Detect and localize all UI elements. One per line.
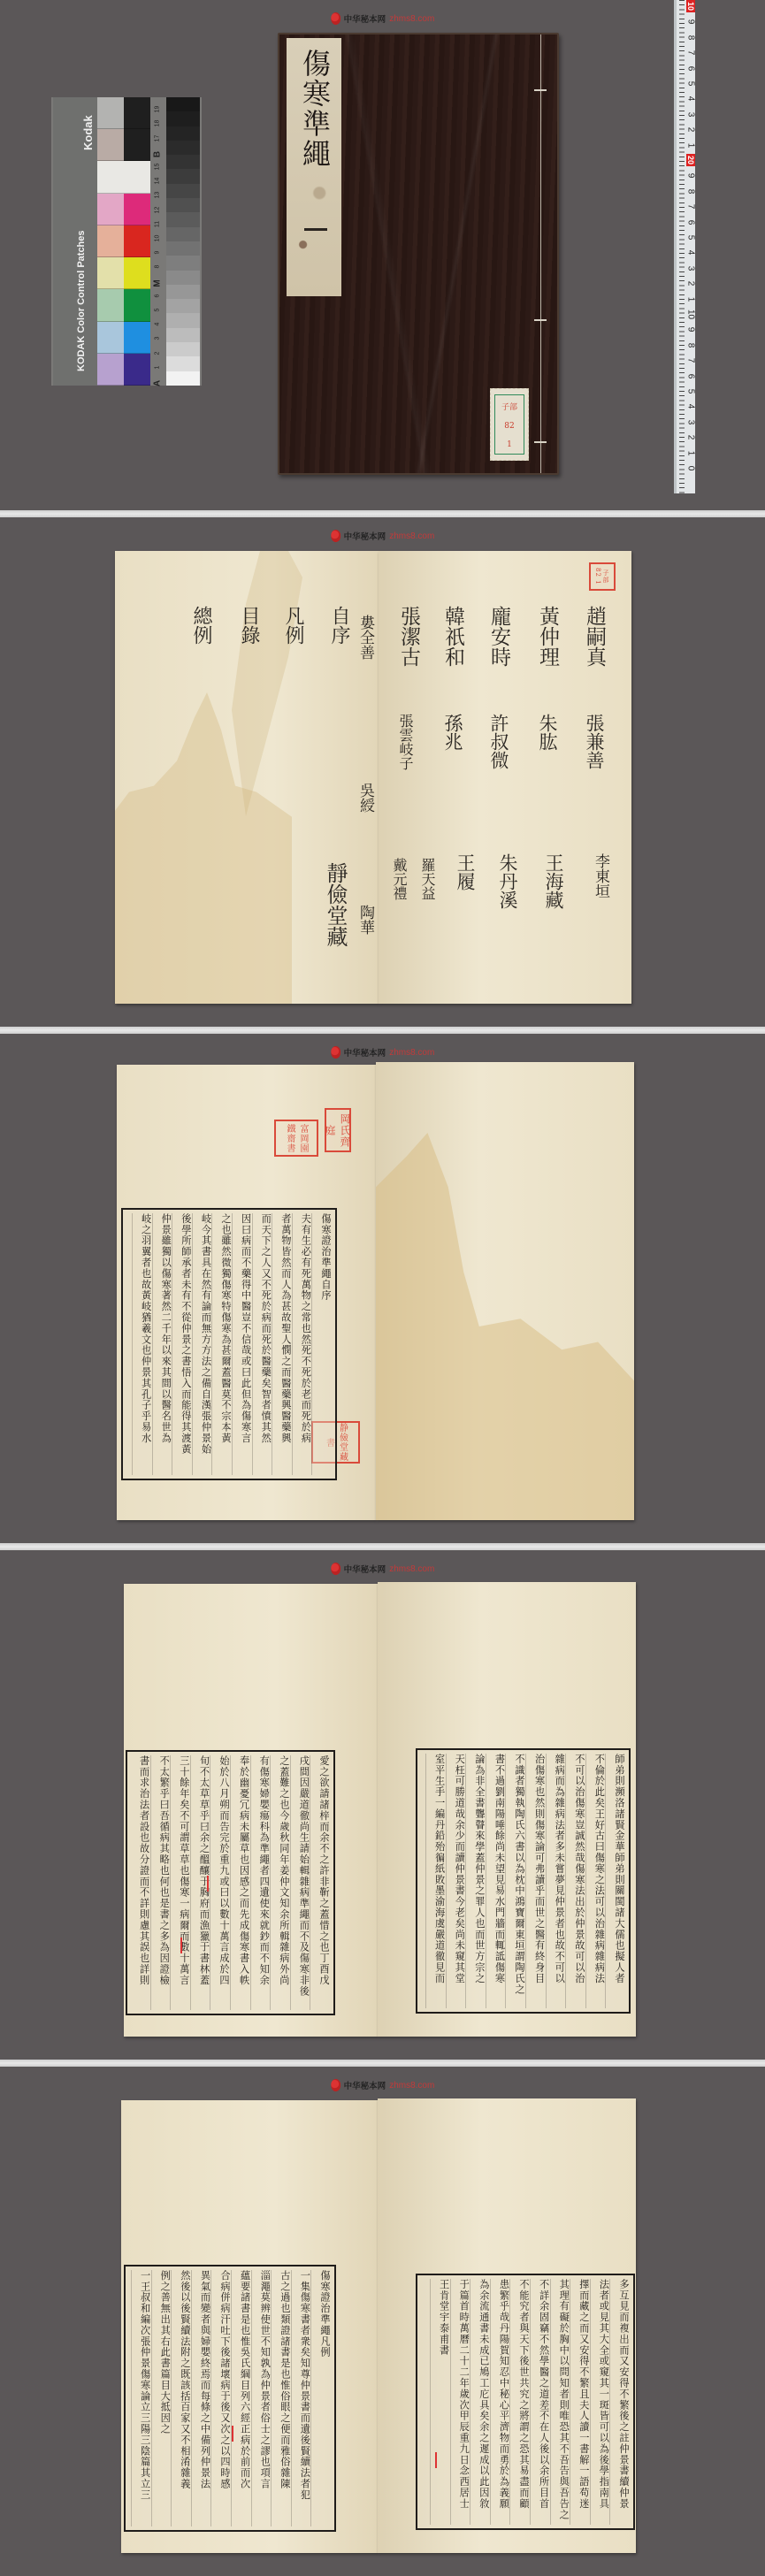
preface-text: 愛之欲請諸梓而余不之許非靳之蓋惜之也丁酉戊戌間因嚴道徹尚生請始輯雜病準繩而不及傷…: [131, 1755, 330, 2010]
water-stain: [376, 1133, 634, 1520]
text-column: 不可以治傷寒豈誠然哉傷寒法出於仲景故可以治: [565, 1754, 585, 2008]
text-column: 淄澠莫辨使世不知孰為仲景者俗士之謬也項言: [251, 2270, 272, 2526]
ruler-number: 2: [686, 278, 696, 290]
ruler-number: 2: [686, 432, 696, 444]
gray-step: [166, 356, 200, 371]
text-column: 治傷寒也然則傷寒論可弗讀乎而世之醫有終身目: [525, 1754, 546, 2008]
color-patch: [124, 97, 150, 129]
gray-step: [166, 241, 200, 256]
watermark: 中华秘本网 zhms8.com: [331, 530, 435, 542]
text-column: 三十餘年矣不可謂草草也傷寒一病爾而數十萬言: [170, 1755, 190, 2010]
gray-step: [166, 313, 200, 327]
panel-preface-continued: 中华秘本网 zhms8.com 愛之欲請諸梓而余不之許非靳之蓋惜之也丁酉戊戌間因…: [0, 1550, 765, 2060]
printed-text-block-left: 愛之欲請諸梓而余不之許非靳之蓋惜之也丁酉戊戌間因嚴道徹尚生請始輯雜病準繩而不及傷…: [126, 1750, 335, 2015]
kodak-scale-mark: 4: [155, 318, 161, 331]
ruler-number: 0: [686, 462, 696, 475]
color-patch: [124, 129, 150, 161]
ruler-number: 9: [686, 16, 696, 28]
ruler-number: 3: [686, 416, 696, 428]
flyleaf-column: 靜儉堂藏: [322, 862, 348, 947]
text-column: 為余流通書未成已鳩工庀具矣余之遲成以此因敘: [470, 2279, 490, 2525]
kodak-scale-mark: 1: [155, 361, 161, 373]
ruler-number: 6: [686, 216, 696, 228]
text-column: 其理有礙於胸中以問知者則唯恐其不吾告與吾告之: [550, 2279, 570, 2525]
kodak-scale-mark: M: [153, 277, 163, 289]
text-column: 夫有生必有死萬物之常也然死不死於老而死於病: [292, 1213, 312, 1475]
ruler-number: 8: [686, 31, 696, 43]
ruler-number: 1: [686, 139, 696, 151]
ruler-number: 3: [686, 108, 696, 120]
text-column: 之也雖然微獨傷寒特傷寒為甚爾蓋醫莫不宗本黃: [211, 1213, 232, 1475]
ruler-number: 10: [686, 0, 695, 12]
gray-step: [166, 299, 200, 313]
ruler-number: 6: [686, 370, 696, 382]
text-column: 書不過劉南陽唾餘尚未望見易水門牆而輒詆傷寒: [486, 1754, 506, 2008]
text-column: 古之過也類證諸書是也惟俗眼之便而雅俗雜陳: [271, 2270, 291, 2526]
text-column: 多互見而複出而又安得不繁後之註仲景書續仲景: [609, 2279, 630, 2525]
watermark-site-name: 中华秘本网: [344, 12, 386, 25]
author-name: 許叔微: [486, 714, 510, 769]
text-column: 天枉可勝道哉余少而讀仲景書今老矣尚未窺其堂: [446, 1754, 466, 2008]
gray-step: [166, 111, 200, 126]
ruler-number: 8: [686, 185, 696, 197]
text-column: 書而求治法者設也故分證而不詳則慮其誤也詳則: [131, 1755, 150, 2010]
text-column: 論為非全書聾瞽來學蓋仲景之罪人也而世方宗之: [465, 1754, 486, 2008]
text-column: 有傷寒婦嬰瘍科為準繩者四遺使來就鈔而不知余: [250, 1755, 271, 2010]
text-column: 岐之羽翼者也故黃岐猶羲文也仲景其孔子乎易水: [132, 1213, 152, 1475]
ruler-number: 1: [686, 447, 696, 459]
red-annotation-mark: [207, 1876, 209, 1892]
author-name: 張潔古: [396, 606, 421, 667]
kodak-scale-mark: 8: [155, 261, 161, 273]
color-patch: [124, 161, 150, 193]
author-name: 趙嗣真: [582, 606, 607, 667]
ruler-number: 5: [686, 386, 696, 398]
fanli-text: 傷寒證治準繩凡例一集傷寒書者衆矣知尊仲景書而遺後賢續法者犯古之過也類證諸書是也惟…: [129, 2270, 331, 2526]
ruler-number: 7: [686, 201, 696, 213]
ruler-ticks: [679, 0, 685, 493]
text-column: 王肯堂宇泰甫書: [430, 2279, 450, 2525]
gray-step: [166, 126, 200, 141]
watermark: 中华秘本网 zhms8.com: [331, 2079, 435, 2091]
ruler-number: 9: [686, 324, 696, 336]
color-patch: [97, 354, 124, 386]
author-name: 韓祇和: [440, 606, 465, 667]
watermark: 中华秘本网 zhms8.com: [331, 1046, 435, 1059]
gray-step: [166, 155, 200, 169]
volume-mark: [304, 228, 327, 231]
panel-separator: [0, 510, 765, 517]
gray-scale-strip: [166, 97, 200, 386]
preface-text: 師弟則瀕洛諸賢金華師弟則關閩諸大儒也擬人者不倫於此矣王好古曰傷寒之法可以治雜病雜…: [421, 1754, 625, 2008]
author-name: 羅天益: [417, 858, 437, 900]
printed-text-block-right: 師弟則瀕洛諸賢金華師弟則關閩諸大儒也擬人者不倫於此矣王好古曰傷寒之法可以治雜病雜…: [416, 1748, 631, 2014]
preface-end-text: 多互見而複出而又安得不繁後之註仲景書續仲景法者或見其大全或窺其一斑皆可以為後學指…: [421, 2279, 630, 2525]
catalog-label-line: 子部: [501, 401, 517, 412]
collector-seal: 岡氏齊庭: [325, 1108, 351, 1152]
author-name: 張兼善: [582, 714, 606, 769]
watermark-site-url: zhms8.com: [389, 531, 434, 541]
gray-step: [166, 169, 200, 183]
text-column: 奉於幽憂冗病未屬草也因感之而先成傷寒書入帙: [230, 1755, 250, 2010]
red-yin-yang-logo-icon: [331, 2079, 340, 2091]
binding-stitch: [534, 319, 547, 321]
panel-separator: [0, 1027, 765, 1034]
text-column: 師弟則瀕洛諸賢金華師弟則關閩諸大儒也擬人者: [605, 1754, 625, 2008]
kodak-scale-mark: B: [153, 148, 163, 160]
text-column: 不倫於此矣王好古曰傷寒之法可以治雜病雜病法: [585, 1754, 606, 2008]
binding-thread: [540, 34, 541, 473]
author-name: 王履: [453, 853, 477, 891]
ruler-number: 3: [686, 262, 696, 274]
watermark-site-url: zhms8.com: [389, 1048, 434, 1058]
ruler-number: 5: [686, 232, 696, 244]
text-column: 傷寒證治準繩自序: [311, 1213, 332, 1475]
author-name: 黃仲理: [535, 606, 560, 667]
watermark: 中华秘本网 zhms8.com: [331, 1563, 435, 1575]
author-name: 孫兆: [440, 714, 464, 751]
author-name: 戴元禮: [389, 858, 409, 900]
kodak-scale-mark: A: [153, 378, 163, 390]
red-yin-yang-logo-icon: [331, 1046, 340, 1059]
gray-step: [166, 184, 200, 198]
text-column: 始於八月朔而告完於重九或曰以數十萬言成於四: [210, 1755, 230, 2010]
kodak-scale-mark: 11: [155, 218, 161, 230]
preface-text: 傷寒證治準繩自序夫有生必有死萬物之常也然死不死於老而死於病者萬物皆然而人為甚故聖…: [126, 1213, 332, 1475]
panel-preface-first-page: 中华秘本网 zhms8.com 岡氏齊庭 富岡園鐵齋書 静儉堂藏書 傷寒證治準繩…: [0, 1034, 765, 1544]
dark-patch-column: [124, 97, 150, 386]
text-column: 一王叔和編次張仲景傷寒論立三陽三陰篇其立三: [131, 2270, 151, 2526]
panel-cover: 中华秘本网 zhms8.com KODAK Color Control Patc…: [0, 0, 765, 510]
author-name: 王海藏: [541, 853, 565, 909]
gray-step: [166, 285, 200, 299]
ruler-number: 8: [686, 339, 696, 351]
author-name: 李東垣: [588, 853, 612, 898]
panel-handwritten-flyleaf: 中华秘本网 zhms8.com 子部 82 1 自序 凡例 目錄 總例 婁全善 …: [0, 517, 765, 1028]
binding-stitch: [534, 89, 547, 91]
text-column: 仲景雖獨以傷寒著然二千年以來其間以醫名世為: [152, 1213, 172, 1475]
printed-text-block: 傷寒證治準繩自序夫有生必有死萬物之常也然死不死於老而死於病者萬物皆然而人為甚故聖…: [121, 1208, 337, 1480]
text-column: 雜病而為雜病法者多未嘗夢見仲景者也故不可以: [546, 1754, 566, 2008]
watermark-site-name: 中华秘本网: [344, 1046, 386, 1059]
text-column: 戌間因嚴道徹尚生請始輯雜病準繩而不及傷寒非後: [290, 1755, 310, 2010]
ruler-number: 6: [686, 62, 696, 74]
catalog-label-line: 82: [504, 422, 514, 431]
color-patch: [97, 257, 124, 289]
watermark-site-name: 中华秘本网: [344, 2079, 386, 2091]
author-name: 龐安時: [486, 606, 511, 667]
color-patch: [124, 225, 150, 257]
kodak-scale-mark: 17: [155, 132, 161, 144]
ruler-number: 4: [686, 401, 696, 413]
watermark-site-url: zhms8.com: [389, 2081, 434, 2091]
text-column: 合病併病汗吐下後諸壞病于後又次之以四時感: [210, 2270, 231, 2526]
author-name: 朱肱: [535, 714, 559, 751]
kodak-scale-mark: 5: [155, 304, 161, 317]
ruler-number: 20: [686, 154, 695, 166]
color-patch: [124, 354, 150, 386]
flyleaf-column: 陶華: [356, 905, 374, 935]
kodak-scale-mark: 15: [155, 161, 161, 173]
flyleaf-column: 總例: [189, 606, 212, 645]
kodak-color-checker: KODAK Color Control Patches Kodak A12345…: [51, 97, 202, 386]
author-name: 朱丹溪: [495, 853, 519, 909]
ruler-number: 7: [686, 47, 696, 59]
text-column: 之蓋難之也今歲秋同年姜仲文知余所輯雜病外尚: [270, 1755, 290, 2010]
text-column: 于篇首時萬曆二十二年歲次甲辰重九日念西居士: [450, 2279, 470, 2525]
collector-seal: 富岡園鐵齋書: [274, 1120, 318, 1157]
kodak-scale-mark: 6: [155, 289, 161, 302]
color-patch: [124, 194, 150, 225]
gray-step: [166, 97, 200, 111]
text-column: 異氣而變者與婦嬰終焉而每條之中備列仲景法: [191, 2270, 211, 2526]
gray-step: [166, 212, 200, 226]
watermark: 中华秘本网 zhms8.com: [331, 12, 435, 25]
text-column: 例之善無出其右此書篇目大抵因之: [151, 2270, 172, 2526]
red-yin-yang-logo-icon: [331, 1563, 340, 1575]
text-column: 法者或見其大全或窺其一斑皆可以為後學指南具: [590, 2279, 610, 2525]
flyleaf-column: 自序: [327, 606, 350, 645]
flyleaf-column: 目錄: [237, 606, 260, 645]
color-patch: [97, 129, 124, 161]
gray-step: [166, 328, 200, 342]
ruler-number: 2: [686, 124, 696, 136]
red-annotation-mark: [180, 1938, 182, 1953]
text-column: 然後以後賢續法附之既該括百家又不相淆雜義: [171, 2270, 191, 2526]
kodak-scale-mark: 10: [155, 233, 161, 245]
gray-step: [166, 342, 200, 356]
color-patch: [97, 225, 124, 257]
ruler-number: 4: [686, 247, 696, 259]
watermark-site-url: zhms8.com: [389, 14, 434, 24]
author-name: 張雲岐子: [396, 714, 414, 770]
watermark-site-name: 中华秘本网: [344, 1563, 386, 1575]
text-column: 而天下之人又不死於病而死於醫藥矣智者憤其然: [252, 1213, 272, 1475]
watermark-site-url: zhms8.com: [389, 1564, 434, 1574]
book-title: 傷寒準繩: [297, 49, 333, 169]
kodak-scale-mark: 19: [155, 103, 161, 116]
kodak-scale-mark: 2: [155, 347, 161, 359]
red-annotation-mark: [435, 2452, 437, 2468]
text-column: 者萬物皆然而人為甚故聖人憫之而醫藥興醫藥興: [272, 1213, 292, 1475]
color-patch: [124, 257, 150, 289]
ruler-number: 4: [686, 93, 696, 105]
text-column: 一集傷寒書者衆矣知尊仲景書而遺後賢續法者犯: [291, 2270, 311, 2526]
color-patch: [97, 322, 124, 354]
text-column: 後學所師承者未有不從仲景之書悟入而能得其渡黃: [172, 1213, 192, 1475]
gray-step: [166, 198, 200, 212]
catalog-seal: 子部 82 1: [589, 562, 616, 591]
text-column: 不太繁乎曰吾循病其略也何也是書之多為因證檢: [150, 1755, 171, 2010]
catalog-label-line: 1: [507, 440, 512, 449]
red-annotation-mark: [232, 2426, 233, 2442]
panel-preface-end-and-fanli: 中华秘本网 zhms8.com 傷寒證治準繩凡例一集傷寒書者衆矣知尊仲景書而遺後…: [0, 2067, 765, 2576]
gray-step: [166, 256, 200, 270]
panel-separator: [0, 1543, 765, 1550]
watermark-site-name: 中华秘本网: [344, 530, 386, 542]
gray-step: [166, 141, 200, 155]
title-slip: 傷寒準繩: [287, 38, 341, 296]
color-patch: [97, 194, 124, 225]
text-column: 室平生手一編丹鉛殆徧紙敗墨渝海虞嚴道徹見而: [425, 1754, 446, 2008]
text-column: 擇而藏之而又安得不繁且夫人讀一書解一語苟迷: [570, 2279, 590, 2525]
gray-step: [166, 271, 200, 285]
gray-step: [166, 371, 200, 386]
catalog-label: 子部 82 1: [490, 388, 529, 461]
book-cover: 傷寒準繩 子部 82 1: [278, 33, 559, 475]
text-column: 岐今其書具在然有論而無方方法之備自漢張仲景始: [192, 1213, 212, 1475]
kodak-scale-mark: 14: [155, 175, 161, 187]
flyleaf-column: 婁全善: [356, 615, 374, 660]
red-yin-yang-logo-icon: [331, 530, 340, 542]
ruler-number: 9: [686, 170, 696, 182]
kodak-scale-mark: 9: [155, 247, 161, 259]
binding-stitch: [534, 441, 547, 443]
light-patch-column: [97, 97, 124, 386]
text-column: 愛之欲請諸梓而余不之許非靳之蓋惜之也丁酉戊: [310, 1755, 330, 2010]
text-column: 因曰病而不藥得中醫豈不信哉或曰此但為傷寒言: [232, 1213, 252, 1475]
color-patch: [124, 322, 150, 354]
kodak-scale-mark: 12: [155, 203, 161, 216]
color-patch: [97, 161, 124, 193]
text-column: 不詳余固竊不然學醫之道差不在人後以余所目首: [530, 2279, 550, 2525]
kodak-scale-mark: 13: [155, 189, 161, 202]
ruler-number: 10: [686, 309, 696, 321]
flyleaf-column: 凡例: [281, 606, 304, 645]
text-column: 不識者獨執陶氏六書以為枕中鴻寶爾東垣謂陶氏之: [505, 1754, 525, 2008]
color-patch: [124, 289, 150, 321]
kodak-brand: Kodak: [81, 115, 95, 150]
text-column: 患繁乎哉丹陽賀知忍中秘心平濟物而勇於為義願: [490, 2279, 510, 2525]
ruler-number: 1: [686, 293, 696, 305]
panel-separator: [0, 2060, 765, 2067]
printed-text-block-right: 多互見而複出而又安得不繁後之註仲景書續仲景法者或見其大全或窺其一斑皆可以為後學指…: [416, 2274, 635, 2530]
text-column: 不能究者與天下後世共究之將謂之恐其易盡而顧: [509, 2279, 530, 2525]
red-yin-yang-logo-icon: [331, 12, 340, 25]
kodak-scale-mark: 18: [155, 118, 161, 130]
text-column: 蘊要諸書是也惟吳氏綱目列六經正病於前而次: [231, 2270, 251, 2526]
flyleaf-column: 吳綬: [356, 783, 374, 813]
printed-text-block-left: 傷寒證治準繩凡例一集傷寒書者衆矣知尊仲景書而遺後賢續法者犯古之過也類證諸書是也惟…: [124, 2265, 336, 2532]
kodak-scale-mark: 3: [155, 333, 161, 345]
ruler-number: 5: [686, 78, 696, 90]
right-page: [376, 1062, 634, 1520]
text-column: 傷寒證治準繩凡例: [310, 2270, 331, 2526]
color-patch: [97, 97, 124, 129]
gray-step: [166, 227, 200, 241]
color-patch: [97, 289, 124, 321]
ruler-number: 7: [686, 355, 696, 367]
measuring-ruler: 1098765432120987654321109876543210: [674, 0, 695, 493]
